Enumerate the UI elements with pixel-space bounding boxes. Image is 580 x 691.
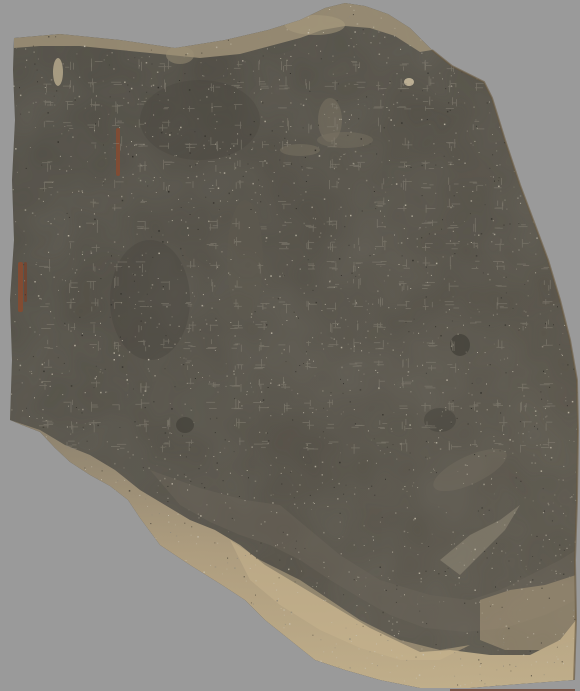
stone-fragment <box>0 0 580 691</box>
stele-photograph: Dark granite slab fragment with faint en… <box>0 0 580 691</box>
